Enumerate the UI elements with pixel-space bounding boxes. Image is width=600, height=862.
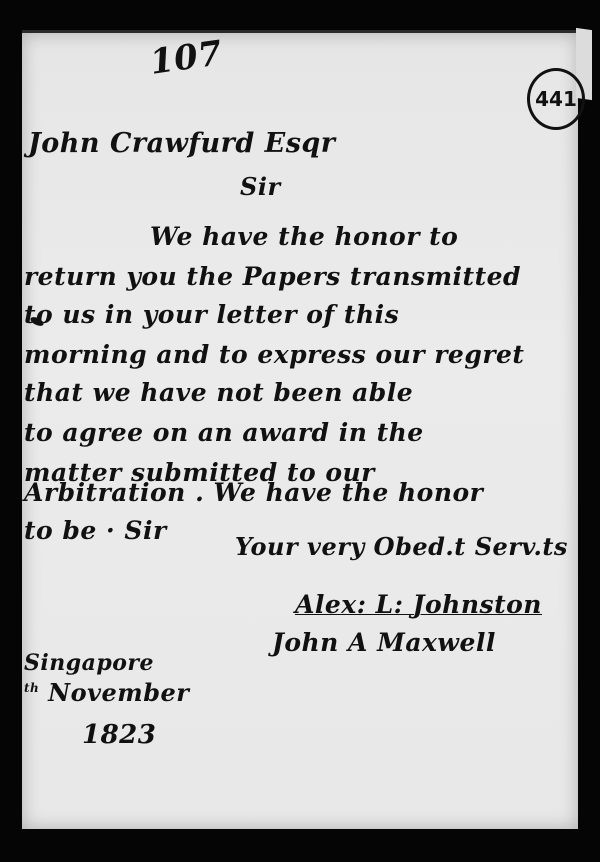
date-day-suffix: th — [24, 681, 39, 695]
date-year: 1823 — [82, 720, 156, 750]
addressee: John Crawfurd Esqr — [28, 128, 336, 159]
body-line: morning and to express our regret — [24, 340, 524, 369]
body-line: Arbitration . We have the honor — [24, 478, 483, 507]
body-line: that we have not been able — [24, 378, 413, 407]
date-month: November — [48, 678, 189, 707]
place-of-writing: Singapore — [24, 650, 154, 676]
signature-2: John A Maxwell — [272, 628, 496, 657]
body-line: return you the Papers transmitted — [24, 262, 521, 291]
complimentary-close: Your very Obed.t Serv.ts — [235, 532, 568, 561]
stamp-number: 441 — [535, 87, 577, 111]
body-line: to agree on an award in the — [24, 418, 424, 447]
salutation: Sir — [240, 172, 281, 201]
archive-stamp: 441 — [527, 68, 585, 130]
body-line: to us in your letter of this — [24, 300, 399, 329]
body-line: to be · Sir — [24, 516, 167, 545]
date-line: th November — [24, 678, 189, 707]
signature-1: Alex: L: Johnston — [295, 590, 542, 619]
body-line: We have the honor to — [150, 222, 458, 251]
